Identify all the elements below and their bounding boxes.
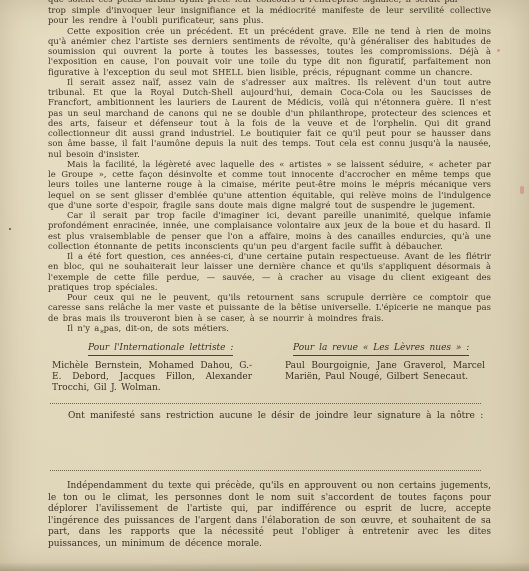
page-bottom-shadow bbox=[0, 562, 529, 571]
final-paragraph: Indépendamment du texte qui précède, qu'… bbox=[48, 481, 491, 550]
signature-column-lettriste: Pour l'Internationale lettriste : Michèl… bbox=[52, 343, 252, 394]
signature-names-lettriste: Michèle Bernstein, Mohamed Dahou, G.-E. … bbox=[52, 361, 252, 394]
body-paragraph: Il serait assez naïf, assez vain de s'ad… bbox=[48, 77, 491, 159]
signature-names-levres-nues: Paul Bourgoignie, Jane Graverol, Marcel … bbox=[285, 361, 485, 383]
printers-mark: * bbox=[100, 329, 104, 338]
signatures-section: Pour l'Internationale lettriste : Michèl… bbox=[52, 343, 490, 394]
signature-heading-lettriste: Pour l'Internationale lettriste : bbox=[88, 343, 252, 353]
dotted-divider-bottom bbox=[50, 470, 481, 471]
dotted-divider-top bbox=[50, 403, 481, 404]
body-text-block: trop simple d'invoquer leur insignifianc… bbox=[48, 5, 491, 333]
body-paragraph: Mais la facilité, la légèreté avec laque… bbox=[48, 159, 491, 210]
signature-heading-levres-nues-text: Pour la revue « Les Lèvres nues » : bbox=[293, 343, 469, 356]
scanned-tract-page: que soient ces petits larbins ayant prêt… bbox=[0, 0, 529, 571]
paper-speck bbox=[497, 49, 500, 52]
joined-signatures-line: Ont manifesté sans restriction aucune le… bbox=[48, 411, 508, 421]
signature-column-levres-nues: Pour la revue « Les Lèvres nues » : Paul… bbox=[285, 343, 485, 394]
body-paragraph: Il a été fort question, ces années-ci, d… bbox=[48, 251, 491, 292]
body-paragraph: Cette exposition crée un précédent. Et u… bbox=[48, 26, 491, 77]
body-paragraph: Il n'y a pas, dit-on, de sots métiers. bbox=[48, 323, 491, 333]
signature-heading-levres-nues: Pour la revue « Les Lèvres nues » : bbox=[293, 343, 485, 353]
paper-speck bbox=[9, 228, 11, 230]
paper-speck bbox=[520, 186, 524, 194]
signature-heading-lettriste-text: Pour l'Internationale lettriste : bbox=[88, 343, 233, 356]
clipped-line-text: que soient ces petits larbins ayant prêt… bbox=[48, 0, 491, 4]
clipped-top-line: que soient ces petits larbins ayant prêt… bbox=[48, 0, 491, 4]
body-paragraph: trop simple d'invoquer leur insignifianc… bbox=[48, 5, 491, 26]
body-paragraph: Car il serait par trop facile d'imaginer… bbox=[48, 210, 491, 251]
body-paragraph: Pour ceux qui ne le peuvent, qu'ils reto… bbox=[48, 292, 491, 323]
